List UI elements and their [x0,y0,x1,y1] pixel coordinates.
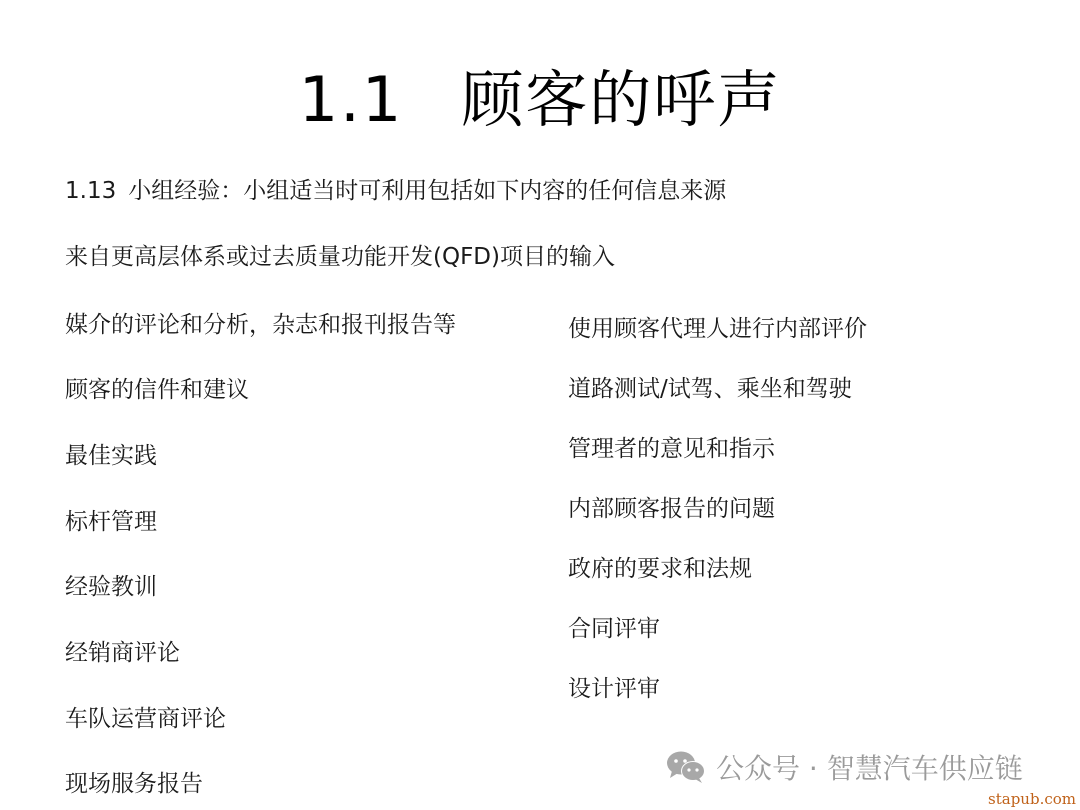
left-list-item: 车队运营商评论 [65,702,226,736]
left-list-item: 标杆管理 [65,505,157,539]
right-list-item: 合同评审 [568,612,660,646]
wechat-watermark: 公众号 · 智慧汽车供应链 [666,747,1023,787]
section-text: 小组经验：小组适当时可利用包括如下内容的任何信息来源 [128,178,726,204]
left-list-item: 经验教训 [65,570,157,604]
section-number: 1.13 [65,178,116,204]
left-list-item: 经销商评论 [65,636,180,670]
wechat-icon [666,750,706,784]
intro-line: 来自更高层体系或过去质量功能开发(QFD)项目的输入 [65,240,615,274]
right-list-item: 管理者的意见和指示 [568,432,775,466]
right-list-item: 使用顾客代理人进行内部评价 [568,312,867,346]
right-list-item: 设计评审 [568,672,660,706]
watermark-text: 公众号 · 智慧汽车供应链 [716,747,1023,787]
left-list-item: 最佳实践 [65,439,157,473]
slide-title: 1.1顾客的呼声 [0,62,1080,138]
right-list-item: 内部顾客报告的问题 [568,492,775,526]
right-list-item: 道路测试/试驾、乘坐和驾驶 [568,372,852,406]
section-heading: 1.13小组经验：小组适当时可利用包括如下内容的任何信息来源 [65,174,726,208]
left-list-item: 顾客的信件和建议 [65,373,249,407]
title-number: 1.1 [299,63,404,136]
right-list-item: 政府的要求和法规 [568,552,752,586]
left-list-item: 媒介的评论和分析，杂志和报刊报告等 [65,308,456,342]
title-text: 顾客的呼声 [461,63,781,136]
slide: 1.1顾客的呼声 1.13小组经验：小组适当时可利用包括如下内容的任何信息来源 … [0,0,1080,810]
site-watermark: stapub.com [988,790,1076,808]
left-list-item: 现场服务报告 [65,767,203,801]
